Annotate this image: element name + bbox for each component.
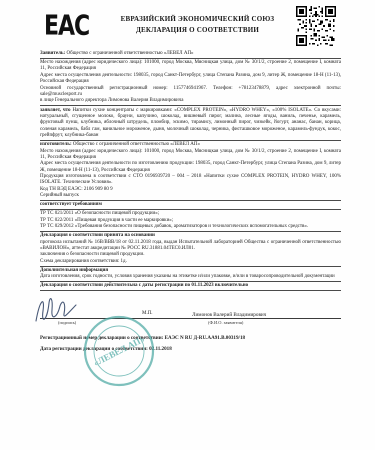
release-type: Серийный выпуск	[40, 193, 341, 199]
regulation-item: ТР ТС 029/2012 «Требования безопасности …	[40, 224, 341, 230]
document-title: ЕВРАЗИЙСКИЙ ЭКОНОМИЧЕСКИЙ СОЮЗ ДЕКЛАРАЦИ…	[105, 14, 290, 36]
handwritten-signature	[30, 291, 86, 327]
divider	[40, 266, 341, 267]
applicant-person: в лице Генерального директора Лимонова В…	[40, 98, 341, 104]
title-union: ЕВРАЗИЙСКИЙ ЭКОНОМИЧЕСКИЙ СОЮЗ	[105, 14, 290, 25]
divider	[40, 105, 341, 106]
divider	[40, 140, 341, 141]
divider	[40, 58, 341, 59]
declaration-document: ЕАС ЕВРАЗИЙСКИЙ ЭКОНОМИЧЕСКИЙ СОЮЗ ДЕКЛА…	[0, 0, 375, 450]
signer-caption: (Ф.И.О. заявителя)	[208, 320, 243, 326]
additional-info-text: Дата изготовления, срок годности, услови…	[40, 274, 341, 280]
title-declaration: ДЕКЛАРАЦИЯ О СООТВЕТСТВИИ	[105, 25, 290, 36]
manufacturer-location: Место нахождения (адрес юридического лиц…	[40, 149, 341, 162]
divider	[40, 209, 341, 210]
declaration-scheme: Схема декларирования соответствия: 1д.	[40, 259, 341, 265]
applicant-location: Место нахождения (адрес юридического лиц…	[40, 60, 341, 73]
declaration-body: Заявитель: Общество с ограниченной ответ…	[40, 51, 341, 352]
applicant-name: Общество с ограниченной ответственностью…	[66, 51, 193, 56]
validity-line: Декларация о соответствии действительна …	[40, 283, 341, 289]
signer-name: Лимонов Валерий Владимирович	[192, 312, 266, 319]
applicant-activity-address: Адрес места осуществления деятельности: …	[40, 73, 341, 86]
manufacturer-name: Общество с ограниченной ответственностью…	[73, 142, 200, 147]
product-declaration: заявляет, что Напитки сухие концентраты …	[40, 108, 341, 140]
applicant-ogrn: Основной государственный регистрационный…	[40, 86, 341, 99]
stamp-company-text: «ЛЕВЕЛ АП»	[92, 334, 147, 368]
manufacturer-activity-address: Адрес места осуществления деятельности п…	[40, 161, 341, 174]
complies-header: соответствует требованиям	[40, 202, 341, 208]
declares-label: заявляет, что	[40, 108, 71, 113]
divider	[40, 281, 341, 282]
divider	[40, 231, 341, 232]
product-description: Напитки сухие концентраты с маркировками…	[40, 108, 341, 139]
basis-protocol: протокола испытаний № 16В/ВВВ/18 от 02.1…	[40, 240, 341, 253]
company-stamp: «ЛЕВЕЛ АП»	[82, 314, 156, 388]
signature-block: (подпись) М.П. Лимонов Валерий Владимиро…	[40, 293, 341, 331]
applicant-line: Заявитель: Общество с ограниченной ответ…	[40, 51, 341, 57]
production-standard: Продукция изготовлена в соответствии с С…	[40, 174, 341, 187]
applicant-label: Заявитель:	[40, 51, 65, 56]
eac-mark-logo: ЕАС	[44, 10, 89, 41]
qr-code-icon	[296, 6, 336, 46]
manufacturer-label: изготовитель:	[40, 142, 72, 147]
divider	[40, 200, 341, 201]
